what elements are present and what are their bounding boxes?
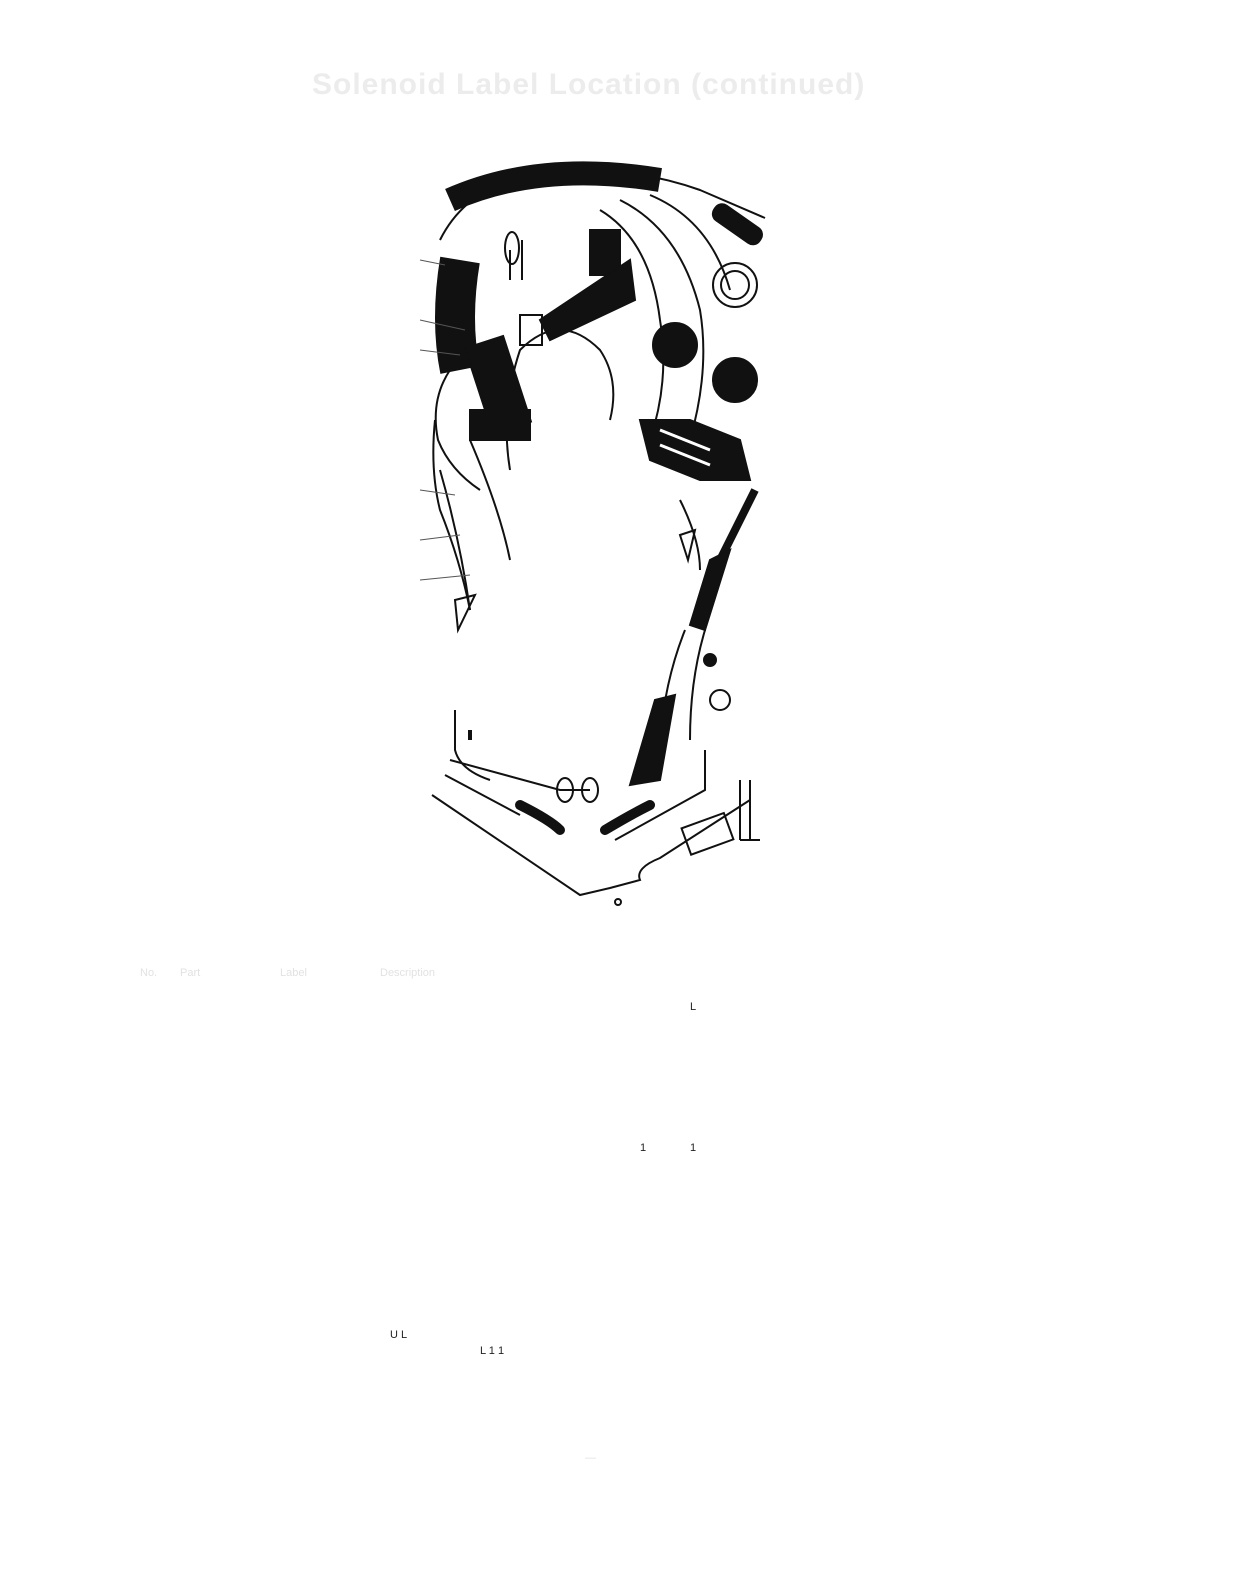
table-cell bbox=[180, 1111, 280, 1127]
table-cell bbox=[280, 1143, 380, 1159]
table-cell bbox=[870, 1033, 970, 1050]
table-cell bbox=[280, 1159, 380, 1175]
table-cell bbox=[180, 1305, 280, 1321]
note-line bbox=[640, 1196, 1100, 1213]
header-label: Label bbox=[280, 965, 380, 981]
table-cell bbox=[380, 981, 560, 997]
table-cell bbox=[380, 1305, 560, 1321]
table-cell bbox=[140, 1240, 180, 1256]
table-cell bbox=[870, 1123, 970, 1140]
table-row bbox=[140, 1175, 560, 1191]
table-cell bbox=[180, 1143, 280, 1159]
table-cell bbox=[140, 1256, 180, 1272]
table-cell bbox=[140, 1014, 180, 1030]
table-cell bbox=[180, 997, 280, 1013]
table-cell bbox=[380, 1240, 560, 1256]
table-cell bbox=[180, 1273, 280, 1289]
table-cell bbox=[140, 1192, 180, 1208]
table-cell bbox=[870, 1140, 970, 1157]
page-title: Solenoid Label Location (continued) bbox=[312, 68, 865, 102]
table-cell bbox=[280, 1321, 380, 1337]
table-cell bbox=[280, 997, 380, 1013]
table-cell bbox=[180, 1337, 280, 1353]
table-cell bbox=[280, 1030, 380, 1046]
solenoid-table: No. Part Label Description U L L 1 1 bbox=[140, 965, 560, 1386]
table-cell bbox=[140, 1127, 180, 1143]
table-cell bbox=[870, 982, 970, 999]
table-row bbox=[640, 1033, 1100, 1050]
table-cell bbox=[380, 1192, 560, 1208]
table-cell bbox=[180, 1208, 280, 1224]
table-cell: 1 bbox=[690, 1140, 870, 1157]
table-cell bbox=[380, 1224, 560, 1240]
table-cell bbox=[280, 1014, 380, 1030]
table-cell bbox=[380, 1175, 560, 1191]
table-cell bbox=[380, 1273, 560, 1289]
legible-fragment: U L bbox=[390, 1327, 407, 1343]
table-cell bbox=[180, 981, 280, 997]
table-row bbox=[640, 1123, 1100, 1140]
table-cell bbox=[140, 1370, 180, 1386]
table-cell bbox=[640, 1123, 690, 1140]
table-cell bbox=[180, 1127, 280, 1143]
table-cell: 1 bbox=[640, 1140, 690, 1157]
table-cell bbox=[140, 1062, 180, 1078]
table-cell bbox=[280, 1256, 380, 1272]
table-row bbox=[140, 1256, 560, 1272]
table-cell bbox=[280, 1224, 380, 1240]
table-cell bbox=[280, 1273, 380, 1289]
table-cell bbox=[180, 1046, 280, 1062]
table-cell bbox=[180, 1321, 280, 1337]
table-cell bbox=[180, 1062, 280, 1078]
table-cell bbox=[690, 1016, 870, 1033]
table-cell bbox=[140, 1143, 180, 1159]
header-part: Part bbox=[180, 965, 280, 981]
table-cell bbox=[180, 1159, 280, 1175]
table-cell bbox=[280, 1111, 380, 1127]
table-cell bbox=[870, 999, 970, 1016]
table-cell bbox=[970, 1106, 1100, 1123]
table-cell bbox=[970, 999, 1100, 1016]
table-row bbox=[140, 981, 560, 997]
table-cell bbox=[280, 1095, 380, 1111]
table-cell bbox=[280, 1175, 380, 1191]
table-cell bbox=[640, 982, 690, 999]
table-row bbox=[140, 1062, 560, 1078]
table-cell bbox=[380, 1289, 560, 1305]
table-row bbox=[640, 982, 1100, 999]
table-row bbox=[140, 1046, 560, 1062]
table-row: L bbox=[640, 999, 1100, 1016]
table-row bbox=[140, 1159, 560, 1175]
table-cell bbox=[140, 1321, 180, 1337]
table-cell bbox=[140, 1175, 180, 1191]
table-cell bbox=[140, 1095, 180, 1111]
table-cell bbox=[140, 1305, 180, 1321]
table-cell bbox=[380, 1095, 560, 1111]
table-cell bbox=[140, 981, 180, 997]
table-cell bbox=[380, 1370, 560, 1386]
table-row bbox=[140, 1078, 560, 1094]
table-cell bbox=[870, 1050, 970, 1067]
table-cell bbox=[380, 1111, 560, 1127]
table-cell bbox=[970, 1016, 1100, 1033]
table-row bbox=[640, 1106, 1100, 1123]
table-cell bbox=[380, 1159, 560, 1175]
table-cell bbox=[180, 1095, 280, 1111]
table-cell bbox=[690, 1033, 870, 1050]
table-cell bbox=[140, 997, 180, 1013]
table-cell bbox=[870, 1106, 970, 1123]
table-cell bbox=[280, 1370, 380, 1386]
table-cell bbox=[180, 1224, 280, 1240]
table-cell bbox=[640, 1050, 690, 1067]
table-row bbox=[640, 1016, 1100, 1033]
table-row bbox=[140, 1030, 560, 1046]
table-row bbox=[140, 1208, 560, 1224]
table-cell bbox=[640, 1106, 690, 1123]
table-cell bbox=[280, 1062, 380, 1078]
table-cell bbox=[140, 1337, 180, 1353]
table-cell bbox=[140, 1354, 180, 1370]
table-cell bbox=[180, 1192, 280, 1208]
table-cell bbox=[690, 982, 870, 999]
table-cell bbox=[380, 1078, 560, 1094]
table-row bbox=[140, 1111, 560, 1127]
table-row bbox=[140, 1014, 560, 1030]
table-cell bbox=[280, 981, 380, 997]
table-row bbox=[140, 1305, 560, 1321]
table-cell bbox=[690, 1123, 870, 1140]
table-cell bbox=[180, 1175, 280, 1191]
table-cell bbox=[280, 1208, 380, 1224]
table-cell bbox=[180, 1256, 280, 1272]
legible-fragment: L 1 1 bbox=[480, 1343, 504, 1359]
table-cell bbox=[280, 1305, 380, 1321]
table-cell bbox=[380, 1256, 560, 1272]
table-cell bbox=[180, 1354, 280, 1370]
table-row: 11 bbox=[640, 1140, 1100, 1157]
table-cell bbox=[140, 1078, 180, 1094]
table-cell bbox=[640, 1016, 690, 1033]
table-cell bbox=[640, 1033, 690, 1050]
table-cell bbox=[280, 1046, 380, 1062]
table-cell bbox=[140, 1224, 180, 1240]
table-row bbox=[140, 1289, 560, 1305]
table-cell bbox=[380, 1208, 560, 1224]
table-cell bbox=[380, 1143, 560, 1159]
section-title bbox=[640, 965, 1100, 982]
table-row bbox=[140, 1370, 560, 1386]
table-row bbox=[140, 1224, 560, 1240]
table-cell bbox=[970, 1123, 1100, 1140]
table-header: No. Part Label Description bbox=[140, 965, 560, 981]
table-cell bbox=[970, 982, 1100, 999]
table-cell bbox=[140, 1030, 180, 1046]
table-cell bbox=[140, 1273, 180, 1289]
table-cell bbox=[180, 1240, 280, 1256]
table-cell bbox=[380, 1062, 560, 1078]
table-cell bbox=[180, 1370, 280, 1386]
table-cell bbox=[380, 1046, 560, 1062]
table-cell bbox=[140, 1289, 180, 1305]
header-no: No. bbox=[140, 965, 180, 981]
table-cell bbox=[280, 1078, 380, 1094]
table-cell bbox=[380, 1030, 560, 1046]
table-cell bbox=[140, 1046, 180, 1062]
page-number: — bbox=[585, 1452, 596, 1464]
table-cell bbox=[180, 1030, 280, 1046]
table-cell bbox=[970, 1140, 1100, 1157]
table-cell bbox=[280, 1354, 380, 1370]
table-cell bbox=[640, 999, 690, 1016]
table-cell bbox=[140, 1159, 180, 1175]
section-title bbox=[640, 1089, 1100, 1106]
table-cell bbox=[180, 1078, 280, 1094]
table-row bbox=[140, 1273, 560, 1289]
table-cell bbox=[870, 1016, 970, 1033]
table-row bbox=[140, 1192, 560, 1208]
table-row bbox=[140, 997, 560, 1013]
table-cell bbox=[380, 1127, 560, 1143]
table-cell bbox=[970, 1050, 1100, 1067]
table-cell bbox=[690, 1050, 870, 1067]
table-cell bbox=[180, 1014, 280, 1030]
right-tables: L 11 bbox=[640, 965, 1100, 1213]
table-cell bbox=[140, 1208, 180, 1224]
table-cell bbox=[280, 1127, 380, 1143]
table-cell bbox=[380, 1014, 560, 1030]
table-cell bbox=[280, 1337, 380, 1353]
note-line bbox=[640, 1179, 1100, 1196]
table-row bbox=[140, 1095, 560, 1111]
table-cell bbox=[690, 1106, 870, 1123]
playfield-diagram bbox=[360, 140, 840, 920]
table-cell bbox=[280, 1289, 380, 1305]
table-cell bbox=[180, 1289, 280, 1305]
table-cell bbox=[380, 1354, 560, 1370]
table-cell bbox=[280, 1192, 380, 1208]
table-row bbox=[140, 1321, 560, 1337]
table-row bbox=[140, 1127, 560, 1143]
table-row bbox=[140, 1143, 560, 1159]
header-description: Description bbox=[380, 965, 560, 981]
table-cell bbox=[280, 1240, 380, 1256]
table-cell: L bbox=[690, 999, 870, 1016]
table-row bbox=[140, 1240, 560, 1256]
table-row bbox=[640, 1050, 1100, 1067]
table-cell bbox=[970, 1033, 1100, 1050]
table-cell bbox=[380, 997, 560, 1013]
table-cell bbox=[140, 1111, 180, 1127]
